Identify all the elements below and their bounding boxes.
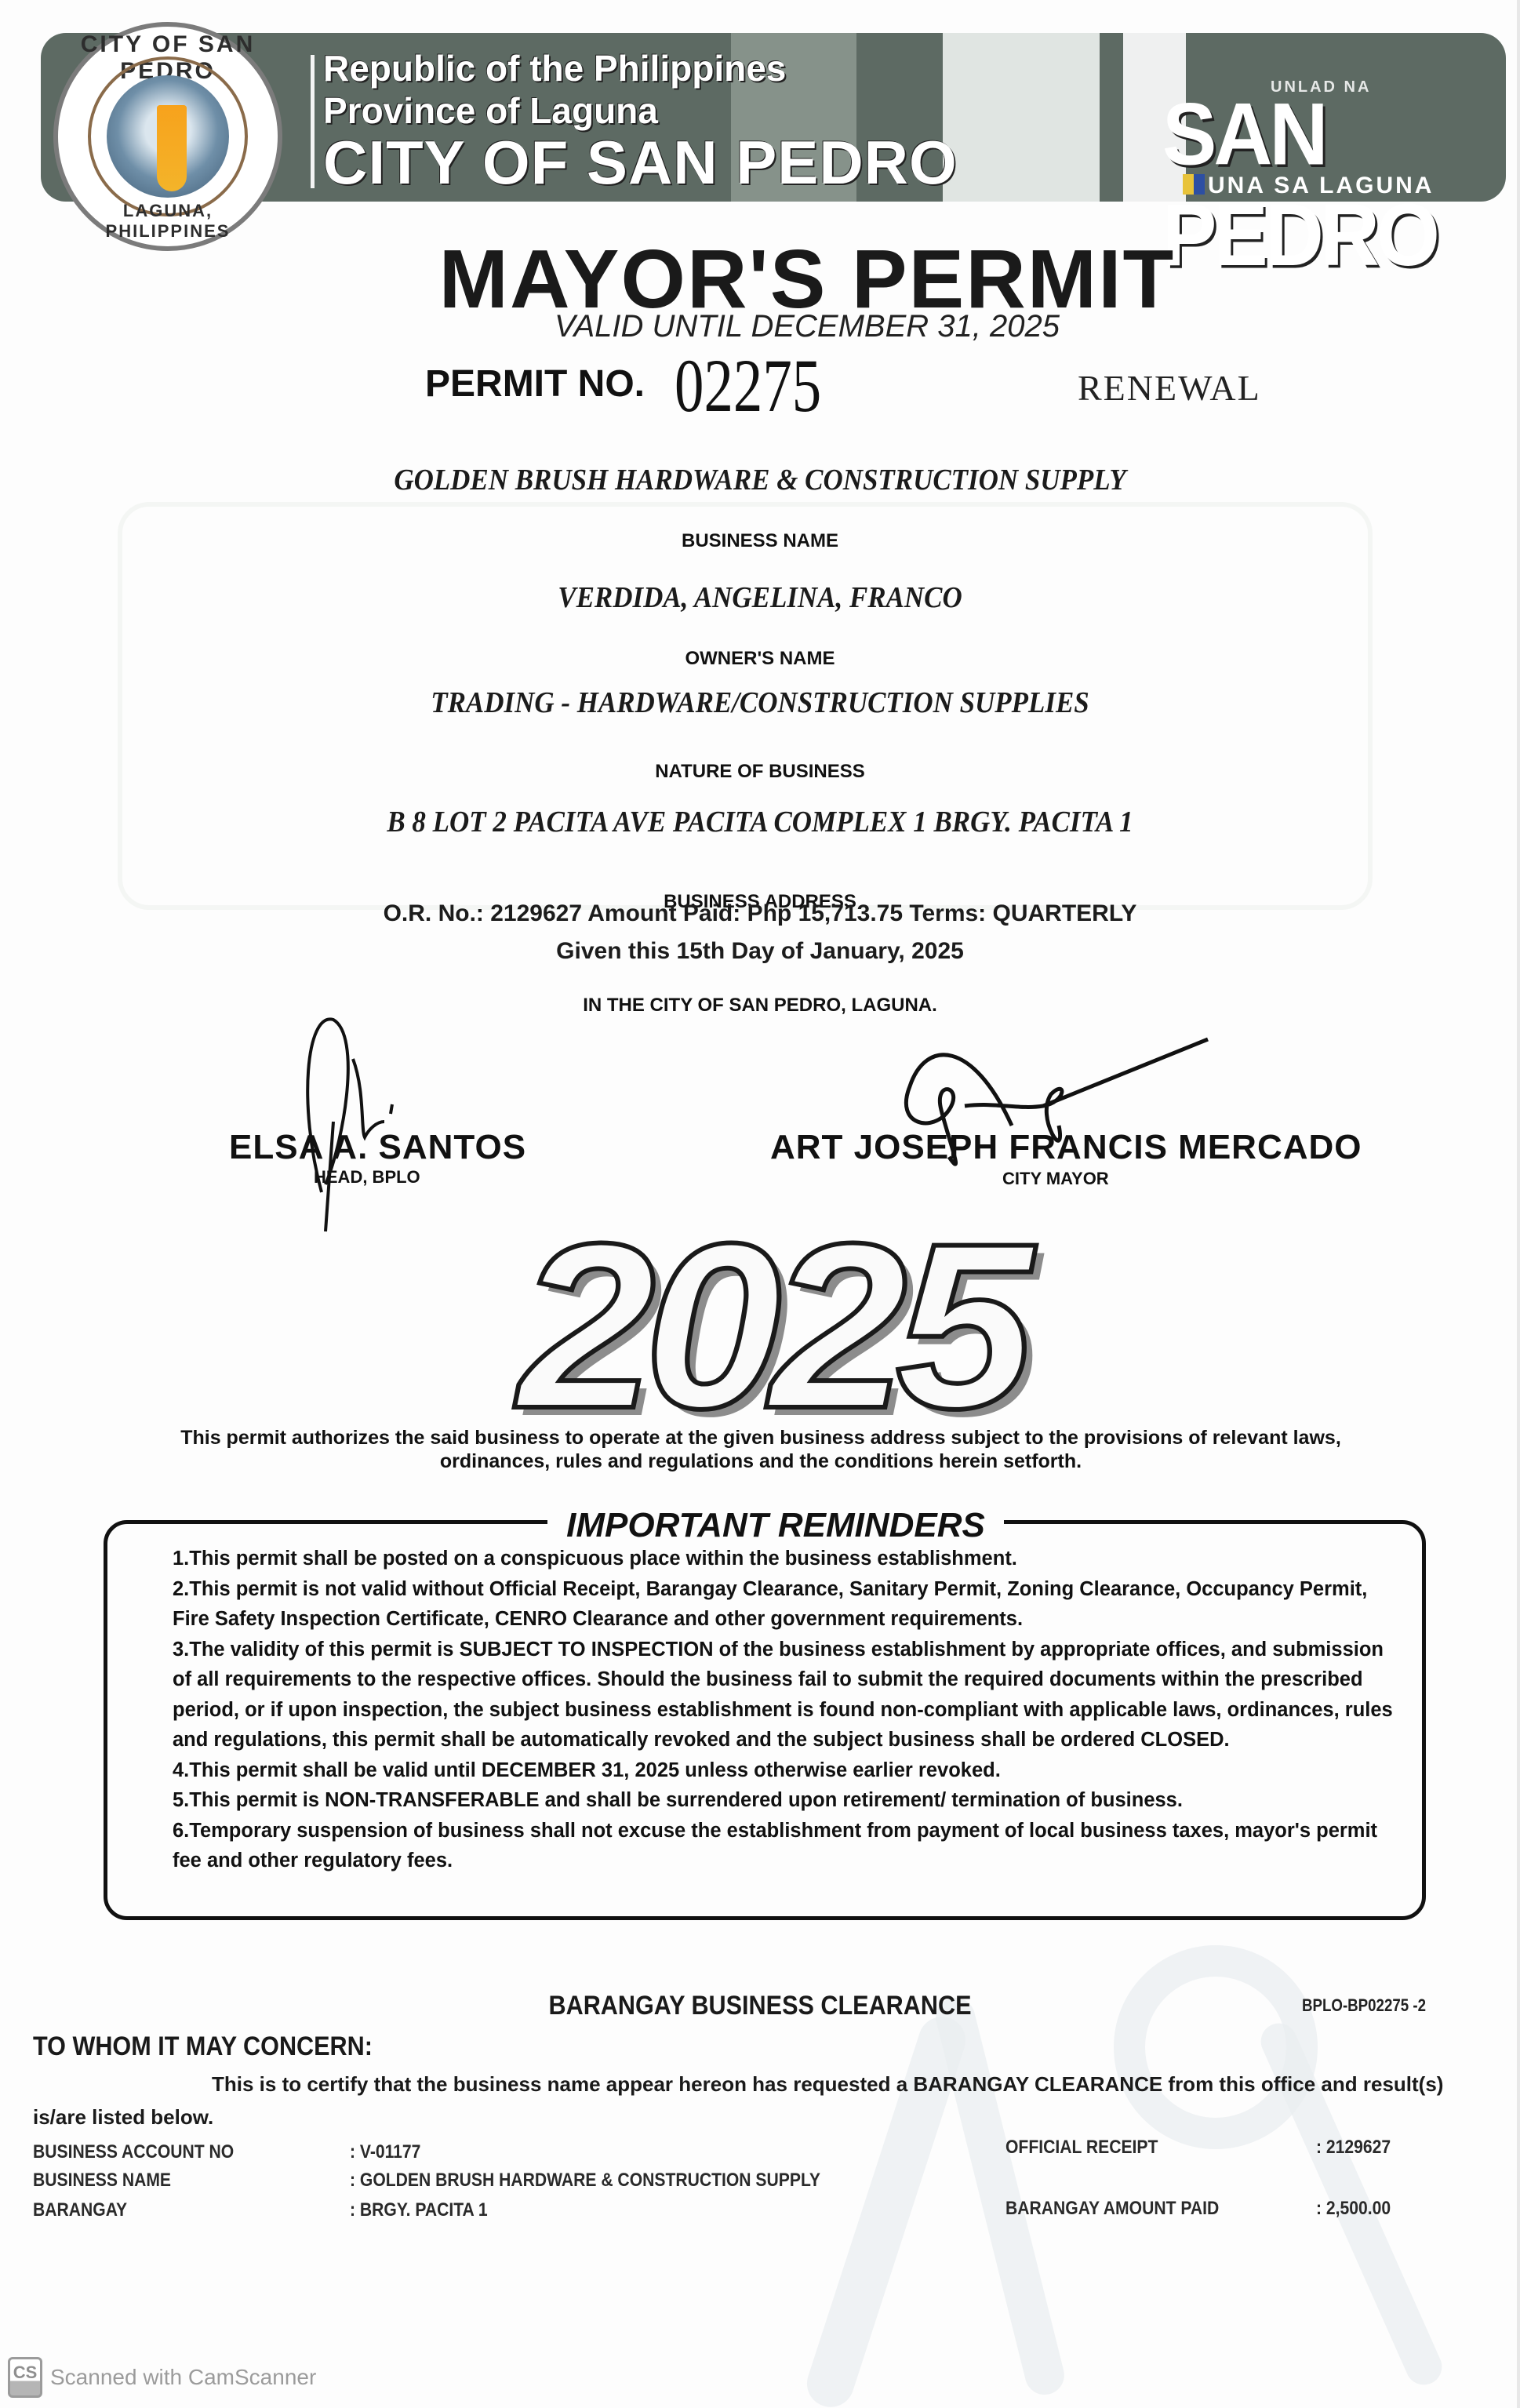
business-name-value: GOLDEN BRUSH HARDWARE & CONSTRUCTION SUP… [61, 463, 1460, 497]
signatory-title-mayor: CITY MAYOR [1002, 1169, 1109, 1189]
business-name-label: BUSINESS NAME [0, 530, 1520, 552]
page-edge [1517, 0, 1520, 2408]
payment-line: O.R. No.: 2129627 Amount Paid: Php 15,71… [0, 900, 1520, 927]
signatory-name-bplo: ELSA A. SANTOS [229, 1128, 526, 1167]
nature-of-business-value: TRADING - HARDWARE/CONSTRUCTION SUPPLIES [61, 686, 1460, 720]
given-date: Given this 15th Day of January, 2025 [0, 938, 1520, 965]
year-graphic: 2025 [417, 1224, 1123, 1428]
certification-text: This is to certify that the business nam… [33, 2068, 1492, 2133]
label-business-name: BUSINESS NAME [33, 2170, 171, 2192]
label-barangay: BARANGAY [33, 2199, 127, 2221]
reminder-item: 2.This permit is not valid without Offic… [173, 1574, 1396, 1635]
city-seal-logo: CITY OF SAN PEDRO LAGUNA, PHILIPPINES [53, 22, 282, 251]
seal-shield-icon [157, 105, 187, 191]
signatory-name-mayor: ART JOSEPH FRANCIS MERCADO [770, 1128, 1362, 1167]
watermark-stroke [932, 1994, 1068, 2399]
reminders-list: 1.This permit shall be posted on a consp… [173, 1544, 1396, 1876]
reminder-item: 4.This permit shall be valid until DECEM… [173, 1755, 1396, 1786]
header-republic: Republic of the Philippines [323, 47, 786, 89]
camscanner-text: Scanned with CamScanner [50, 2365, 316, 2390]
owner-name-value: VERDIDA, ANGELINA, FRANCO [61, 580, 1460, 615]
san-pedro-brand-logo: UNLAD NA SAN PEDRO UNA SA LAGUNA [1161, 33, 1506, 202]
header-province: Province of Laguna [323, 89, 658, 132]
value-business-account-no: : V-01177 [350, 2141, 420, 2163]
camscanner-watermark: CS Scanned with CamScanner [8, 2357, 316, 2398]
signature-bplo-head [290, 1012, 447, 1231]
permit-no-label: PERMIT NO. [425, 362, 645, 406]
authorization-text: This permit authorizes the said business… [141, 1426, 1380, 1473]
barangay-reference-no: BPLO-BP02275 -2 [1302, 1995, 1426, 2016]
reminder-item: 6.Temporary suspension of business shall… [173, 1816, 1396, 1876]
flag-icon [1183, 174, 1205, 195]
brand-tagline: UNA SA LAGUNA [1208, 173, 1434, 199]
reminders-title: IMPORTANT REMINDERS [547, 1506, 1004, 1545]
signatory-title-bplo: HEAD, BPLO [314, 1167, 420, 1188]
reminder-item: 3.The validity of this permit is SUBJECT… [173, 1635, 1396, 1755]
business-address-value: B 8 LOT 2 PACITA AVE PACITA COMPLEX 1 BR… [61, 805, 1460, 839]
header-divider [311, 55, 315, 188]
label-barangay-amount-paid: BARANGAY AMOUNT PAID [1005, 2198, 1219, 2220]
permit-type: RENEWAL [1078, 367, 1261, 409]
value-official-receipt: : 2129627 [1316, 2137, 1391, 2159]
value-barangay: : BRGY. PACITA 1 [350, 2199, 488, 2221]
value-barangay-amount-paid: : 2,500.00 [1316, 2198, 1391, 2220]
reminder-item: 5.This permit is NON-TRANSFERABLE and sh… [173, 1785, 1396, 1816]
nature-of-business-label: NATURE OF BUSINESS [0, 761, 1520, 783]
value-business-name: : GOLDEN BRUSH HARDWARE & CONSTRUCTION S… [350, 2170, 820, 2192]
permit-number: 02275 [675, 342, 821, 429]
barangay-clearance-title: BARANGAY BUSINESS CLEARANCE [76, 1991, 1444, 2021]
label-business-account-no: BUSINESS ACCOUNT NO [33, 2141, 234, 2163]
valid-until: VALID UNTIL DECEMBER 31, 2025 [47, 309, 1520, 344]
camscanner-icon: CS [8, 2357, 42, 2398]
salutation: TO WHOM IT MAY CONCERN: [33, 2032, 373, 2062]
reminder-item: 1.This permit shall be posted on a consp… [173, 1544, 1396, 1574]
label-official-receipt: OFFICIAL RECEIPT [1005, 2137, 1158, 2159]
issue-place: IN THE CITY OF SAN PEDRO, LAGUNA. [0, 995, 1520, 1017]
owner-name-label: OWNER'S NAME [0, 648, 1520, 670]
header-city: CITY OF SAN PEDRO [323, 127, 958, 198]
